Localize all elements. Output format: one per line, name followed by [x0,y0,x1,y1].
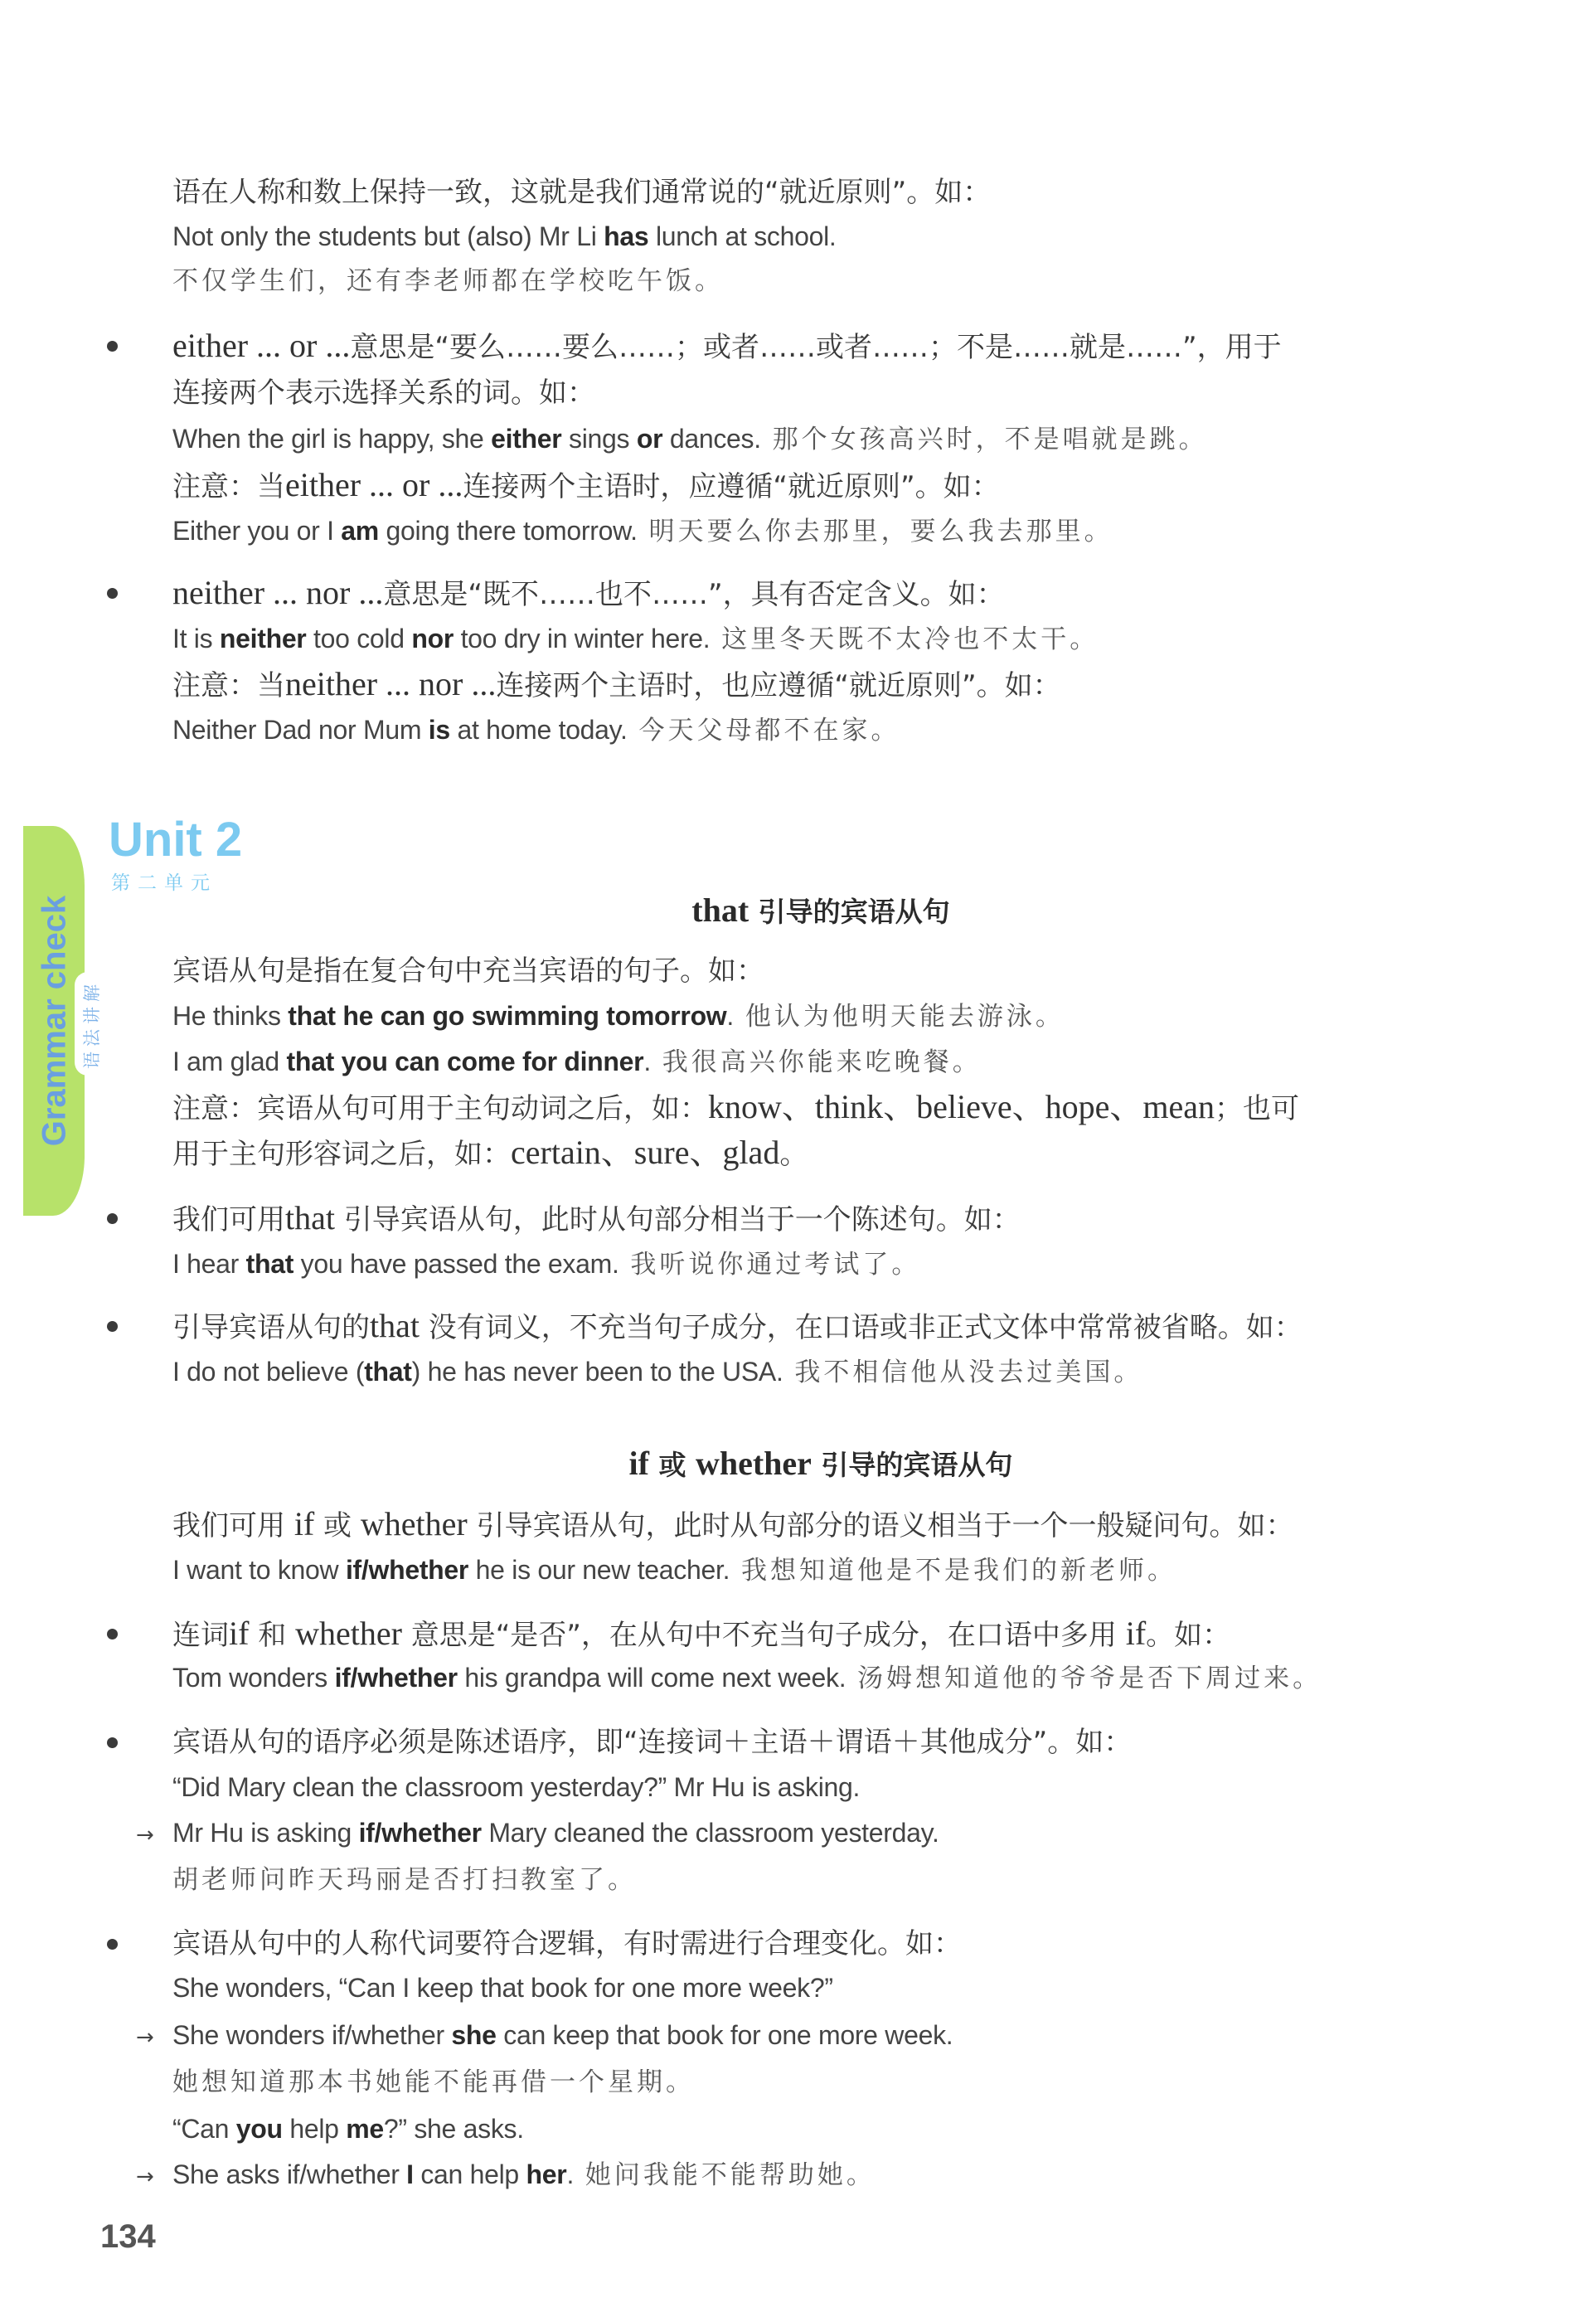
text-segment: 。如： [1146,1619,1230,1652]
bold-keyword: if/whether [359,1818,482,1848]
bold-clause: that you can come for dinner [287,1047,644,1076]
text-segment: I hear [172,1249,246,1279]
text-segment: She asks if/whether [172,2159,406,2189]
text-segment: Not only the students but (also) Mr Li [172,221,604,251]
example-translation: 我想知道他是不是我们的新老师。 [730,1556,1176,1586]
rule-text-continuation: 语在人称和数上保持一致，这就是我们通常说的“就近原则”。如： [172,169,991,216]
text-segment: 和 [249,1619,295,1652]
example-translation: 他认为他明天能去游泳。 [734,1002,1065,1032]
note-line: 注意：宾语从句可用于主句动词之后，如：know、think、believe、ho… [172,1084,1299,1130]
unit-subtitle: 第二单元 [111,867,217,895]
bold-keyword: has [604,221,648,251]
note-text: 连接两个主语时，也应遵循“就近原则”。如： [496,669,1060,702]
definition-continuation: 连接两个表示选择关系的词。如： [172,370,595,416]
text-segment: 连词 [172,1619,229,1652]
arrow-right-icon: → [136,2014,172,2061]
bullet-icon [107,1321,118,1332]
section-heading-if-whether: if 或 whether 引导的宾语从句 [406,1440,1235,1487]
grammar-term: either ... or ... [285,466,463,503]
example-sentence: I do not believe (that) he has never bee… [172,1348,1142,1395]
example-translation: 我听说你通过考试了。 [619,1250,921,1280]
bullet-icon [107,341,118,352]
note-line: 注意：当either ... or ...连接两个主语时，应遵循“就近原则”。如… [172,462,1000,508]
keyword: if [1126,1615,1146,1652]
text-segment: 我们可用 [172,1509,294,1542]
bullet-icon [107,1629,118,1639]
example-translation: 我不相信他从没去过美国。 [783,1358,1143,1387]
text-segment: “Can [172,2114,236,2144]
bold-keyword: if/whether [346,1555,468,1585]
example-translation: 那个女孩高兴时，不是唱就是跳。 [761,425,1208,454]
text-segment: you have passed the exam. [293,1249,619,1279]
text-segment: 引导宾语从句的 [172,1311,370,1344]
bold-keyword: she [451,2020,496,2050]
grammar-term: either ... or ... [172,327,350,364]
note-text: ；也可 [1215,1092,1299,1125]
text-segment: 意思是“是否”，在从句中不充当句子成分，在口语中多用 [402,1619,1126,1652]
text-segment: Mr Hu is asking [172,1818,359,1848]
text-segment: he is our new teacher. [468,1555,730,1585]
bullet-text: 我们可用that 引导宾语从句，此时从句部分相当于一个陈述句。如： [172,1195,1021,1241]
heading-keyword: that [691,891,749,929]
keyword: that [285,1199,335,1236]
example-translation: 胡老师问昨天玛丽是否打扫教室了。 [172,1857,637,1903]
text-segment: . [726,1001,734,1031]
text-segment: ?” she asks. [384,2114,524,2144]
example-translation: 我很高兴你能来吃晚餐。 [651,1047,982,1077]
verb-list: know、think、believe、hope、mean [708,1088,1215,1125]
keyword: that [370,1307,420,1344]
intro-text: 我们可用 if 或 whether 引导宾语从句，此时从句部分的语义相当于一个一… [172,1501,1294,1547]
example-sentence: Not only the students but (also) Mr Li h… [172,213,837,260]
grammar-term: neither ... nor ... [172,574,383,611]
note-text: 。 [779,1138,808,1171]
note-text: 连接两个主语时，应遵循“就近原则”。如： [463,470,999,503]
bullet-icon [107,1737,118,1748]
example-translation: 今天父母都不在家。 [628,716,900,746]
bullet-icon [107,1939,118,1950]
example-translation: 汤姆想知道他的爷爷是否下周过来。 [846,1664,1322,1693]
arrow-right-icon: → [136,2154,172,2200]
either-or-definition: either ... or ...意思是“要么……要么……；或者……或者……；不… [172,323,1282,369]
bold-keyword: me [346,2114,384,2144]
text-segment: help [283,2114,346,2144]
example-sentence: Tom wonders if/whether his grandpa will … [172,1654,1322,1701]
bullet-text: 宾语从句中的人称代词要符合逻辑，有时需进行合理变化。如： [172,1921,962,1967]
note-text: 注意：当 [172,669,285,702]
definition-text: 宾语从句是指在复合句中充当宾语的句子。如： [172,948,764,994]
example-sentence: Neither Dad nor Mum is at home today. 今天… [172,707,900,753]
bold-clause: that he can go swimming tomorrow [288,1001,726,1031]
heading-text: 引导的宾语从句 [749,896,950,928]
example-sentence: I want to know if/whether he is our new … [172,1547,1176,1593]
bold-keyword: neither [220,624,307,653]
example-translation: 这里冬天既不太冷也不太干。 [710,624,1099,654]
text-segment: too cold [306,624,411,653]
text-segment: 没有词义，不充当句子成分，在口语或非正式文体中常常被省略。如： [420,1311,1303,1344]
example-sentence: It is neither too cold nor too dry in wi… [172,615,1099,662]
keyword: if [294,1505,314,1542]
text-segment: Mary cleaned the classroom yesterday. [482,1818,939,1848]
bullet-text: 引导宾语从句的that 没有词义，不充当句子成分，在口语或非正式文体中常常被省略… [172,1303,1303,1349]
bold-keyword: or [637,424,662,454]
bold-keyword: you [236,2114,283,2144]
bullet-icon [107,588,118,599]
heading-keyword: whether [696,1445,812,1482]
text-segment: Tom wonders [172,1663,335,1693]
note-line: 注意：当neither ... nor ...连接两个主语时，也应遵循“就近原则… [172,661,1061,707]
text-segment: She wonders if/whether [172,2020,451,2050]
text-segment: dances. [662,424,761,454]
section-heading-that: that 引导的宾语从句 [406,887,1235,934]
text-segment: He thinks [172,1001,288,1031]
example-translation: 不仅学生们，还有李老师都在学校吃午饭。 [172,258,724,304]
example-sentence: I am glad that you can come for dinner. … [172,1038,982,1085]
heading-keyword: if [629,1445,649,1482]
bold-keyword: that [364,1357,411,1387]
reported-speech-example: →She wonders if/whether she can keep tha… [136,2012,953,2058]
bold-keyword: is [429,715,450,745]
note-text: 注意：宾语从句可用于主句动词之后，如： [172,1092,708,1125]
adjective-list: certain、sure、glad [511,1134,779,1171]
bold-keyword: her [526,2159,567,2189]
text-segment: his grandpa will come next week. [458,1663,847,1693]
side-tab-label-zh: 语法讲解 [79,979,104,1069]
note-text: 注意：当 [172,470,285,503]
text-segment: going there tomorrow. [379,516,638,546]
keyword: whether [361,1505,468,1542]
definition-text: 意思是“要么……要么……；或者……或者……；不是……就是……”，用于 [350,331,1281,364]
arrow-right-icon: → [136,1812,172,1858]
bold-keyword: either [491,424,561,454]
bold-keyword: if/whether [335,1663,458,1693]
text-segment: lunch at school. [648,221,836,251]
example-translation: 她问我能不能帮助她。 [574,2160,876,2190]
text-segment: . [643,1047,651,1076]
text-segment: can help [414,2159,526,2189]
text-segment: ) he has never been to the USA. [412,1357,783,1387]
keyword: if [229,1615,249,1652]
keyword: whether [295,1615,402,1652]
reported-speech-example: →Mr Hu is asking if/whether Mary cleaned… [136,1810,939,1856]
text-segment: 或 [314,1509,361,1542]
heading-text: 或 [649,1449,696,1481]
neither-nor-definition: neither ... nor ...意思是“既不……也不……”，具有否定含义。… [172,570,1005,616]
text-segment: When the girl is happy, she [172,424,491,454]
example-sentence: Either you or I am going there tomorrow.… [172,508,1113,554]
direct-speech-example: “Can you help me?” she asks. [172,2106,524,2152]
text-segment: It is [172,624,220,653]
direct-speech-example: She wonders, “Can I keep that book for o… [172,1965,833,2011]
text-segment: I am glad [172,1047,287,1076]
text-segment: at home today. [450,715,628,745]
bullet-text: 宾语从句的语序必须是陈述语序，即“连接词＋主语＋谓语＋其他成分”。如： [172,1719,1132,1766]
text-segment: too dry in winter here. [454,624,710,653]
reported-speech-example: →She asks if/whether I can help her. 她问我… [136,2151,876,2198]
example-sentence: When the girl is happy, she either sings… [172,415,1208,462]
text-segment: . [566,2159,574,2189]
note-line: 用于主句形容词之后，如：certain、sure、glad。 [172,1129,808,1176]
grammar-term: neither ... nor ... [285,665,496,702]
text-segment: I do not believe ( [172,1357,364,1387]
text-segment: 引导宾语从句，此时从句部分的语义相当于一个一般疑问句。如： [468,1509,1294,1542]
text-segment: can keep that book for one more week. [497,2020,953,2050]
bullet-icon [107,1213,118,1224]
page-number: 134 [100,2213,156,2260]
text-segment: Neither Dad nor Mum [172,715,429,745]
example-translation: 明天要么你去那里，要么我去那里。 [638,517,1113,546]
heading-text: 引导的宾语从句 [812,1449,1013,1481]
definition-text: 意思是“既不……也不……”，具有否定含义。如： [383,578,1004,611]
bold-keyword: am [341,516,379,546]
bold-keyword: nor [411,624,454,653]
text-segment: 引导宾语从句，此时从句部分相当于一个陈述句。如： [335,1203,1021,1236]
example-sentence: I hear that you have passed the exam. 我听… [172,1241,920,1287]
unit-title: Unit 2 [109,816,242,864]
example-translation: 她想知道那本书她能不能再借一个星期。 [172,2059,695,2106]
direct-speech-example: “Did Mary clean the classroom yesterday?… [172,1764,860,1810]
note-text: 用于主句形容词之后，如： [172,1138,511,1171]
text-segment: Either you or I [172,516,341,546]
side-tab-label-en: Grammar check [36,896,74,1146]
bold-keyword: I [406,2159,414,2189]
text-segment: I want to know [172,1555,346,1585]
text-segment: 我们可用 [172,1203,285,1236]
example-sentence: He thinks that he can go swimming tomorr… [172,993,1065,1039]
bullet-text: 连词if 和 whether 意思是“是否”，在从句中不充当句子成分，在口语中多… [172,1610,1230,1657]
text-segment: sings [561,424,636,454]
bold-keyword: that [246,1249,293,1279]
